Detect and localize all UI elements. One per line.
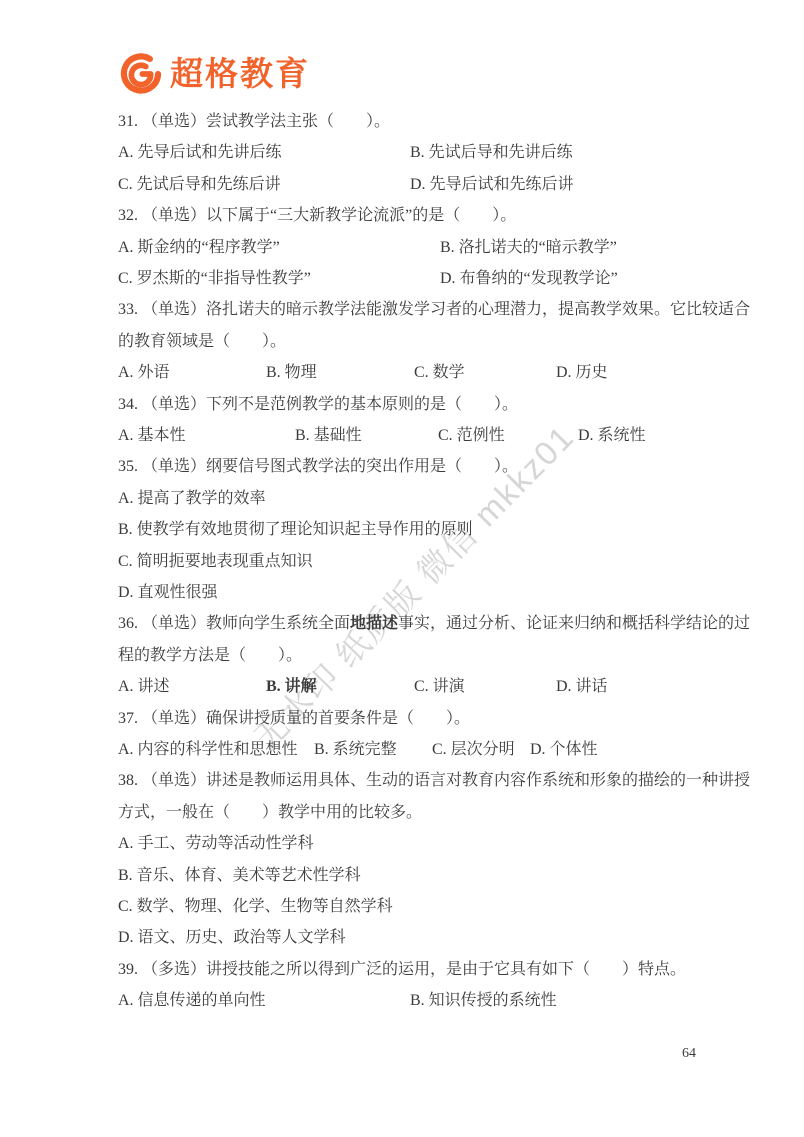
option-35-a: A. 提高了教学的效率	[118, 490, 718, 508]
option-36-c: C. 讲演	[414, 678, 465, 695]
option-36-a: A. 讲述	[118, 678, 170, 695]
option-37-c: C. 层次分明	[432, 741, 515, 758]
option-38-b: B. 音乐、体育、美术等艺术性学科	[118, 867, 718, 885]
watermark-text: 无水印 纸质版 微信 mkkz01	[242, 398, 598, 759]
option-33-a: A. 外语	[118, 364, 170, 381]
option-33-b: B. 物理	[266, 364, 317, 381]
option-34-d: D. 系统性	[578, 427, 646, 444]
option-34-b: B. 基础性	[295, 427, 362, 444]
option-39-b: B. 知识传授的系统性	[410, 992, 557, 1009]
question-39-stem: 39. （多选）讲授技能之所以得到广泛的运用，是由于它具有如下（ ）特点。	[118, 961, 718, 979]
question-36-stem-line-1: 36. （单选）教师向学生系统全面地描述事实，通过分析、论证来归纳和概括科学结论…	[118, 615, 718, 633]
option-32-b: B. 洛扎诺夫的“暗示教学”	[440, 239, 617, 256]
option-32-d: D. 布鲁纳的“发现教学论”	[440, 270, 618, 287]
question-35-stem: 35. （单选）纲要信号图式教学法的突出作用是（ ）。	[118, 458, 718, 476]
option-37-b: B. 系统完整	[314, 741, 397, 758]
option-38-c: C. 数学、物理、化学、生物等自然学科	[118, 898, 718, 916]
option-37-d: D. 个体性	[530, 741, 598, 758]
question-33-options-row: A. 外语 B. 物理 C. 数学 D. 历史	[118, 364, 718, 382]
question-31-stem: 31. （单选）尝试教学法主张（ ）。	[118, 113, 718, 131]
q36-stem-part-1: 36. （单选）教师向学生系统全面	[118, 615, 350, 632]
question-37-options-row: A. 内容的科学性和思想性 B. 系统完整 C. 层次分明 D. 个体性	[118, 741, 718, 759]
option-36-b: B. 讲解	[266, 678, 317, 695]
logo: 超格教育	[120, 52, 310, 96]
question-32-stem: 32. （单选）以下属于“三大新教学论流派”的是（ ）。	[118, 207, 718, 225]
q36-stem-part-3: 事实，通过分析、论证来归纳和概括科学结论的过	[398, 615, 750, 632]
question-32-options-row-2: C. 罗杰斯的“非指导性教学” D. 布鲁纳的“发现教学论”	[118, 270, 718, 288]
option-33-c: C. 数学	[414, 364, 465, 381]
option-35-b: B. 使教学有效地贯彻了理论知识起主导作用的原则	[118, 521, 718, 539]
option-35-d: D. 直观性很强	[118, 584, 718, 602]
question-38-stem-line-1: 38. （单选）讲述是教师运用具体、生动的语言对教育内容作系统和形象的描绘的一种…	[118, 772, 718, 790]
option-34-a: A. 基本性	[118, 427, 186, 444]
option-38-d: D. 语文、历史、政治等人文学科	[118, 929, 718, 947]
option-34-c: C. 范例性	[438, 427, 505, 444]
option-31-d: D. 先导后试和先练后讲	[410, 176, 574, 193]
question-33-stem-line-2: 的教育领域是（ ）。	[118, 333, 718, 351]
document-page: 超格教育 无水印 纸质版 微信 mkkz01 31. （单选）尝试教学法主张（ …	[0, 0, 804, 1137]
option-38-a: A. 手工、劳动等活动性学科	[118, 835, 718, 853]
logo-text: 超格教育	[170, 53, 310, 95]
option-39-a: A. 信息传递的单向性	[118, 992, 266, 1009]
question-36-options-row: A. 讲述 B. 讲解 C. 讲演 D. 讲话	[118, 678, 718, 696]
option-37-a: A. 内容的科学性和思想性	[118, 741, 298, 758]
question-34-stem: 34. （单选）下列不是范例教学的基本原则的是（ ）。	[118, 396, 718, 414]
option-32-a: A. 斯金纳的“程序教学”	[118, 239, 280, 256]
question-36-stem-line-2: 程的教学方法是（ ）。	[118, 647, 718, 665]
option-33-d: D. 历史	[556, 364, 608, 381]
logo-icon	[120, 53, 162, 95]
question-32-options-row-1: A. 斯金纳的“程序教学” B. 洛扎诺夫的“暗示教学”	[118, 239, 718, 257]
q36-stem-part-bold: 地描述	[350, 615, 398, 632]
question-37-stem: 37. （单选）确保讲授质量的首要条件是（ ）。	[118, 710, 718, 728]
option-31-a: A. 先导后试和先讲后练	[118, 144, 282, 161]
option-31-c: C. 先试后导和先练后讲	[118, 176, 281, 193]
question-31-options-row-1: A. 先导后试和先讲后练 B. 先试后导和先讲后练	[118, 144, 718, 162]
option-32-c: C. 罗杰斯的“非指导性教学”	[118, 270, 311, 287]
question-31-options-row-2: C. 先试后导和先练后讲 D. 先导后试和先练后讲	[118, 176, 718, 194]
page-number: 64	[682, 1046, 696, 1062]
option-35-c: C. 简明扼要地表现重点知识	[118, 553, 718, 571]
question-34-options-row: A. 基本性 B. 基础性 C. 范例性 D. 系统性	[118, 427, 718, 445]
option-31-b: B. 先试后导和先讲后练	[410, 144, 573, 161]
option-36-d: D. 讲话	[556, 678, 608, 695]
question-38-stem-line-2: 方式，一般在（ ）教学中用的比较多。	[118, 804, 718, 822]
question-33-stem-line-1: 33. （单选）洛扎诺夫的暗示教学法能激发学习者的心理潜力，提高教学效果。它比较…	[118, 301, 718, 319]
question-39-options-row: A. 信息传递的单向性 B. 知识传授的系统性	[118, 992, 718, 1010]
